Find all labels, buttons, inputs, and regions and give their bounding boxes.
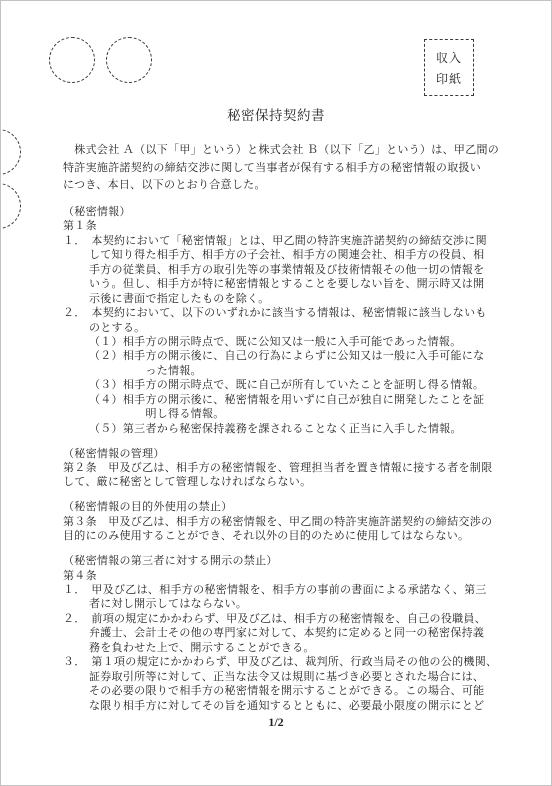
edge-seal-placeholder-circle-1 [0,129,21,175]
body-text-line: 第３条 甲及び乙は、相手方の秘密情報を、甲乙間の特許実施許諾契約の締結交渉の [63,515,523,529]
body-text-line: いう。但し、相手方が特に秘密情報とすることを要しない旨を、開示時又は開 [63,277,523,291]
contract-document-page: 収入 印紙 秘密保持契約書 株式会社 Ａ（以下「甲」という）と株式会社 Ｂ（以下… [0,0,552,786]
body-text-line: 示後に書面で指定したものを除く。 [63,292,523,306]
body-text-line: につき、本日、以下のとおり合意した。 [63,177,523,195]
body-text-line: 第４条 [63,569,523,583]
body-text-line: １． 甲及び乙は、相手方の秘密情報を、相手方の事前の書面による承諾なく、第三 [63,583,523,597]
body-text-line: して、厳に秘密として管理しなければならない。 [63,475,523,489]
seal-placeholder-circle-2 [106,37,152,83]
body-text-line: （秘密情報の第三者に対する開示の禁止） [63,554,523,568]
revenue-stamp-text-line2: 印紙 [425,69,473,90]
body-text-line: （秘密情報の管理） [63,447,523,461]
body-text-line: して知り得た相手方、相手方の子会社、相手方の関連会社、相手方の役員、相 [63,248,523,262]
body-text-line: 者に対し開示してはならない。 [63,597,523,611]
body-text-line: （２）相手方の開示後に、自己の行為によらずに公知又は一般に入手可能にな [63,349,523,363]
edge-seal-placeholder-circle-2 [0,183,21,229]
seal-placeholder-circle-1 [49,37,95,83]
body-text-line: 手方の従業員、相手方の取引先等の事業情報及び技術情報その他一切の情報を [63,263,523,277]
blank-line [63,490,523,501]
body-text-line: 第１条 [63,219,523,233]
document-title: 秘密保持契約書 [1,107,551,125]
body-text-line: （３）相手方の開示時点で、既に自己が所有していたことを証明し得る情報。 [63,378,523,392]
body-text-line: 弁護士、会計士その他の専門家に対して、本契約に定めると同一の秘密保持義 [63,626,523,640]
revenue-stamp-box: 収入 印紙 [424,39,474,96]
body-text-line: （５）第三者から秘密保持義務を課されることなく正当に入手した情報。 [63,422,523,436]
body-text-line: のとする。 [63,321,523,335]
body-text-line: 特許実施許諾契約の締結交渉に関して当事者が保有する相手方の秘密情報の取扱い [63,160,523,178]
body-text-line: （秘密情報の目的外使用の禁止） [63,500,523,514]
body-text-line: 目的にのみ使用することができ、それ以外の目的のために使用してはならない。 [63,529,523,543]
body-text-line: （秘密情報） [63,205,523,219]
body-text-line: 第２条 甲及び乙は、相手方の秘密情報を、管理担当者を置き情報に接する者を制限 [63,461,523,475]
body-text-line: 証券取引所等に対して、正当な法令又は規則に基づき必要とされた場合には、 [63,670,523,684]
body-text-line: 務を負わせた上で、開示することができる。 [63,641,523,655]
body-text-line: １． 本契約において「秘密情報」とは、甲乙間の特許実施許諾契約の締結交渉に関 [63,234,523,248]
revenue-stamp-text-line1: 収入 [425,48,473,69]
body-text-line: った情報。 [63,364,523,378]
body-text-line: 株式会社 Ａ（以下「甲」という）と株式会社 Ｂ（以下「乙」という）は、甲乙間の [63,142,523,160]
body-text-line: ３． 第１項の規定にかかわらず、甲及び乙は、裁判所、行政当局その他の公的機関、 [63,655,523,669]
body-text-line: その必要の限りで相手方の秘密情報を開示することができる。この場合、可能 [63,684,523,698]
body-text-line: （１）相手方の開示時点で、既に公知又は一般に入手可能であった情報。 [63,335,523,349]
blank-line [63,195,523,206]
body-text-line: ２． 前項の規定にかかわらず、甲及び乙は、相手方の秘密情報を、自己の役職員、 [63,612,523,626]
body-text-line: な限り相手方に対してその旨を通知するとともに、必要最小限度の開示にとど [63,699,523,713]
body-text-line: ２． 本契約において、以下のいずれかに該当する情報は、秘密情報に該当しないも [63,306,523,320]
body-text-line: （４）相手方の開示後に、秘密情報を用いずに自己が独自に開発したことを証 [63,393,523,407]
body-text-line: 明し得る情報。 [63,407,523,421]
contract-body: 株式会社 Ａ（以下「甲」という）と株式会社 Ｂ（以下「乙」という）は、甲乙間の特… [63,142,523,713]
blank-line [63,436,523,447]
page-number: 1/2 [1,715,551,730]
blank-line [63,544,523,555]
